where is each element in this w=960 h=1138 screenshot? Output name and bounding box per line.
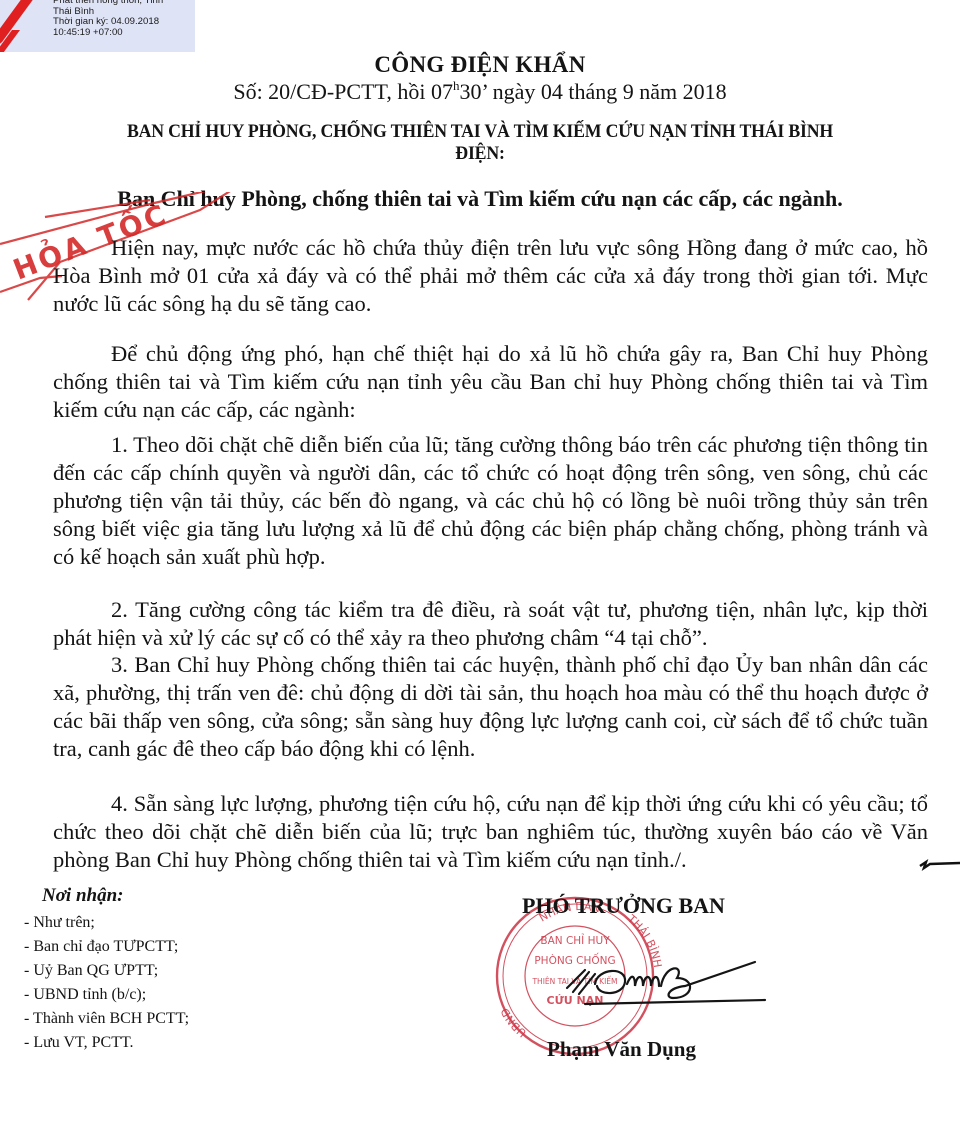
paragraph-text: 4. Sẵn sàng lực lượng, phương tiện cứu h…	[53, 790, 928, 874]
paragraph-text: 3. Ban Chỉ huy Phòng chống thiên tai các…	[53, 651, 928, 763]
paragraph-item-1: 1. Theo dõi chặt chẽ diễn biến của lũ; t…	[53, 431, 928, 571]
number-suffix: 30’ ngày 04 tháng 9 năm 2018	[459, 79, 726, 104]
digital-signature-box: Phát triển nông thôn, Tỉnh Thái Bình Thờ…	[0, 0, 195, 52]
paragraph-item-4: 4. Sẵn sàng lực lượng, phương tiện cứu h…	[53, 790, 928, 874]
paragraph-request: Để chủ động ứng phó, hạn chế thiệt hại d…	[53, 340, 928, 424]
number-prefix: Số: 20/CĐ-PCTT, hồi 07	[233, 79, 453, 104]
receiver-item: - Thành viên BCH PCTT;	[24, 1007, 324, 1031]
receiver-item: - Như trên;	[24, 911, 324, 935]
receiver-item: - UBND tỉnh (b/c);	[24, 983, 324, 1007]
end-mark-icon	[918, 858, 960, 872]
paragraph-text: 1. Theo dõi chặt chẽ diễn biến của lũ; t…	[53, 431, 928, 571]
receivers-heading: Nơi nhận:	[42, 885, 324, 907]
handwritten-signature	[555, 958, 775, 1010]
receiver-item: - Ban chỉ đạo TƯPCTT;	[24, 935, 324, 959]
paragraph-text: 2. Tăng cường công tác kiểm tra đê điều,…	[53, 596, 928, 652]
signature-stripes-icon	[0, 0, 50, 52]
document-title: CÔNG ĐIỆN KHẨN	[0, 52, 960, 78]
paragraph-text: Để chủ động ứng phó, hạn chế thiệt hại d…	[53, 340, 928, 424]
seal-inner-line: BAN CHỈ HUY	[540, 933, 610, 947]
seal-outer-left: UBND	[498, 1006, 529, 1040]
issuer-line: BAN CHỈ HUY PHÒNG, CHỐNG THIÊN TAI VÀ TÌ…	[19, 121, 941, 143]
receiver-item: - Uỷ Ban QG ƯPTT;	[24, 959, 324, 983]
issuer: BAN CHỈ HUY PHÒNG, CHỐNG THIÊN TAI VÀ TÌ…	[19, 121, 941, 165]
signature-line: 10:45:19 +07:00	[53, 28, 193, 39]
receiver-item: - Lưu VT, PCTT.	[24, 1031, 324, 1055]
signer-title: PHÓ TRƯỞNG BAN	[522, 893, 782, 919]
issuer-line: ĐIỆN:	[19, 143, 941, 165]
paragraph-text: Hiện nay, mực nước các hồ chứa thủy điện…	[53, 234, 928, 318]
signer-name: Phạm Văn Dụng	[547, 1037, 787, 1062]
paragraph-item-2: 2. Tăng cường công tác kiểm tra đê điều,…	[53, 596, 928, 652]
receivers-list: - Như trên; - Ban chỉ đạo TƯPCTT; - Uỷ B…	[24, 911, 324, 1055]
receivers-block: Nơi nhận: - Như trên; - Ban chỉ đạo TƯPC…	[24, 885, 324, 1055]
paragraph-item-3: 3. Ban Chỉ huy Phòng chống thiên tai các…	[53, 651, 928, 763]
paragraph-intro: Hiện nay, mực nước các hồ chứa thủy điện…	[53, 234, 928, 318]
document-number: Số: 20/CĐ-PCTT, hồi 07h30’ ngày 04 tháng…	[0, 79, 960, 105]
digital-signature-text: Phát triển nông thôn, Tỉnh Thái Bình Thờ…	[53, 0, 193, 38]
